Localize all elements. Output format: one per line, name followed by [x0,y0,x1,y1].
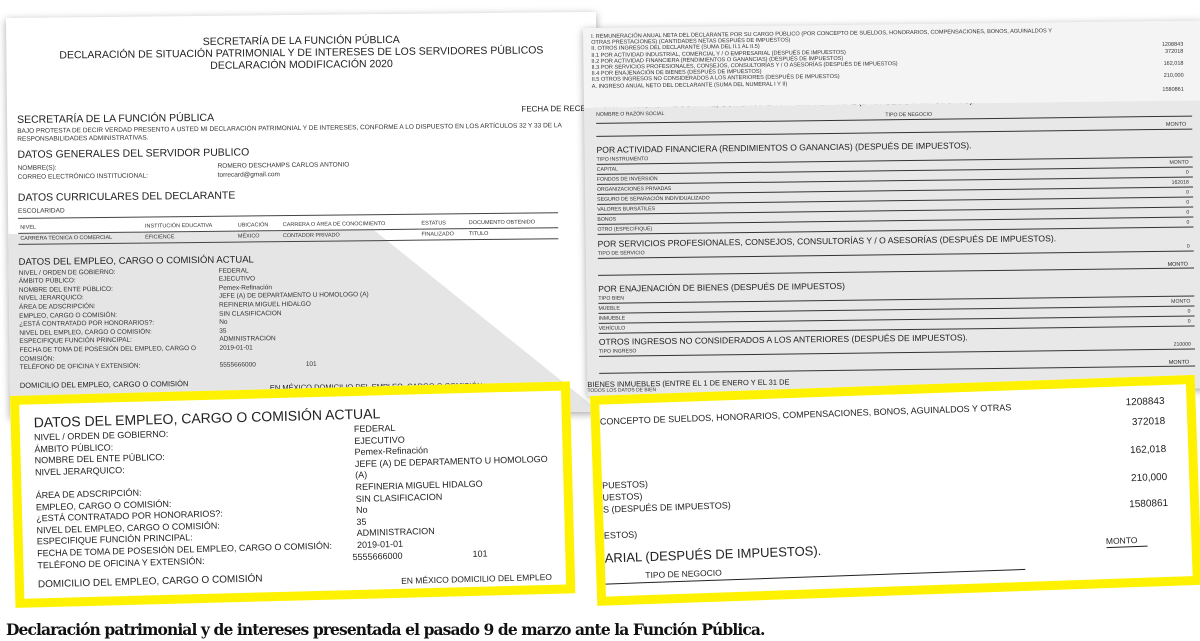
cell: MÉXICO [236,230,281,241]
line-value: 162,018 [1130,443,1167,458]
row-value: 210000 [1174,342,1195,348]
row-label: FONDOS DE INVERSIÓN [597,176,658,183]
col-header: TIPO INSTRUMENTO [597,157,649,164]
domicile-subtitle: EN MÉXICO DOMICILIO DEL EMPLEO [401,572,552,586]
employment-list: NIVEL / ORDEN DE GOBIERNO:FEDERAL ÁMBITO… [19,264,590,373]
col-header: UBICACIÓN [236,220,281,231]
col-header: NOMBRE O RAZÓN SOCIAL [596,111,664,122]
line-value: 1208843 [1125,395,1164,410]
highlight-income-box: CONCEPTO DE SUELDOS, HONORARIOS, COMPENS… [590,375,1200,606]
row-label: VEHÍCULO [599,326,626,332]
general-data-title: DATOS GENERALES DEL SERVIDOR PUBLICO [17,143,587,161]
phone-value: 5555666000 [352,548,472,563]
cell: CARRERA TECNICA O COMERCIAL [18,232,143,244]
curricular-table: NIVEL INSTITUCIÓN EDUCATIVA UBICACIÓN CA… [18,217,558,245]
row-value: 0 [1186,190,1193,196]
row-value: 0 [1186,210,1193,216]
left-document-sheet: SECRETARÍA DE LA FUNCIÓN PÚBLICA DECLARA… [6,12,600,418]
row-value: 162018 [1172,180,1193,186]
document-header: SECRETARÍA DE LA FUNCIÓN PÚBLICA DECLARA… [16,32,586,74]
monto-header: MONTO [1106,535,1148,548]
photo-caption: Declaración patrimonial y de intereses p… [6,620,765,639]
highlight-footer: DOMICILIO DEL EMPLEO, CARGO O COMISIÓN E… [38,566,552,595]
row-value: 0 [1186,220,1193,226]
assets-section: POR ENAJENACIÓN DE BIENES (DESPUÉS DE IM… [586,277,1200,335]
general-data-list: NOMBRE(S): ROMERO DESCHAMPS CARLOS ANTON… [18,159,588,182]
row-label: MUEBLE [598,306,619,312]
highlight-income-list: CONCEPTO DE SUELDOS, HONORARIOS, COMPENS… [600,395,1177,551]
row-label: INMUEBLE [599,316,626,322]
services-section: POR SERVICIOS PROFESIONALES, CONSEJOS, C… [586,232,1200,277]
col-header: ESTATUS [419,218,466,229]
financial-section: POR ACTIVIDAD FINANCIERA (RENDIMIENTOS O… [584,138,1200,236]
extension-value: 101 [472,546,551,560]
row-label: VALORES BURSÁTILES [597,206,655,213]
summary-value: 1580861 [1162,86,1183,92]
curricular-title: DATOS CURRICULARES DEL DECLARANTE [18,186,588,204]
right-document-sheet: I. REMUNERACIÓN ANUAL NETA DEL DECLARANT… [583,20,1200,396]
field-label: CORREO ELECTRÓNICO INSTITUCIONAL: [18,171,218,182]
col-header: TIPO DE NEGOCIO [885,112,932,119]
line-value: 372018 [1132,415,1166,430]
col-header: TIPO INGRESO [599,349,637,355]
monto-header: MONTO [1171,299,1194,305]
extension-value: 101 [306,361,317,368]
field-label: TELÉFONO DE OFICINA Y EXTENSIÓN: [20,362,220,373]
row-label: BONOS [597,217,616,223]
row-value: 0 [1188,319,1195,325]
highlight-employment-box: DATOS DEL EMPLEO, CARGO O COMISIÓN ACTUA… [10,381,575,608]
row-label: SEGURO DE SEPARACIÓN INDIVIDUALIZADO [597,196,710,203]
row-label: ORGANIZACIONES PRIVADAS [597,186,671,193]
highlight-employment-list: NIVEL / ORDEN DE GOBIERNO:FEDERAL ÁMBITO… [34,419,551,572]
escolaridad-label: ESCOLARIDAD [18,203,558,218]
domicile-title: DOMICILIO DEL EMPLEO, CARGO O COMISIÓN [38,574,263,596]
cell: CONTADOR PRIVADO [281,229,420,241]
monto-header: MONTO [1169,160,1192,166]
row-value: 0 [1188,309,1195,315]
row-value: 0 [1186,170,1193,176]
income-summary: I. REMUNERACIÓN ANUAL NETA DEL DECLARANT… [583,20,1200,89]
col-header: TIPO BIEN [598,296,624,302]
cell: FINALIZADO [419,228,466,239]
line-text: ESTOS) [604,529,638,540]
row-label: CAPITAL [597,167,618,173]
field-label: FECHA DE TOMA DE POSESIÓN DEL EMPLEO, CA… [19,345,219,364]
row-label: OTRO (ESPECIFIQUE) [597,226,652,233]
cell: TITULO [467,227,559,239]
phone-value: 5555666000 [220,362,256,369]
cell: EFICIENCE [143,231,236,243]
col-header: TIPO DE SERVICIO [598,251,645,258]
row-value: 0 [1186,200,1193,206]
other-income-section: OTROS INGRESOS NO CONSIDERADOS A LOS ANT… [587,330,1200,375]
trailing-value: 0 [1187,244,1194,250]
